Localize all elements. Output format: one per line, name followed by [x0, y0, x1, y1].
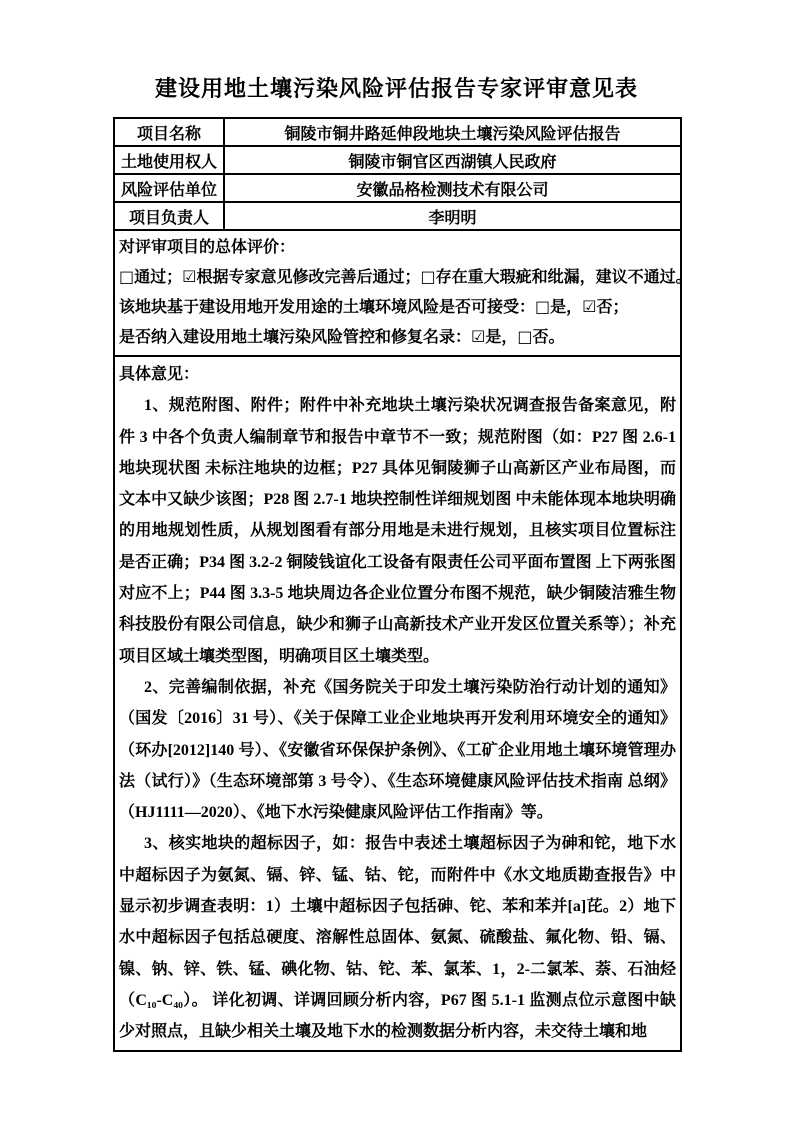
- checkbox-pass-after-revision-label: 根据专家意见修改完善后通过；: [196, 269, 420, 286]
- remediation-list-question: 是否纳入建设用地土壤污染风险管控和修复名录：: [119, 329, 471, 346]
- checkbox-not-pass: □: [421, 267, 436, 286]
- remediation-list-line: 是否纳入建设用地土壤污染风险管控和修复名录：☑是，□否。: [119, 322, 676, 352]
- checkbox-pass-label: 通过；: [134, 269, 182, 286]
- info-row-project-leader: 项目负责人 李明明: [114, 202, 681, 230]
- document-title: 建设用地土壤污染风险评估报告专家评审意见表: [0, 0, 793, 104]
- overall-evaluation-section: 对评审项目的总体评价： □通过；☑根据专家意见修改完善后通过；□存在重大瑕疵和纰…: [114, 230, 681, 356]
- specific-opinions-heading: 具体意见：: [119, 359, 676, 390]
- document-page: 建设用地土壤污染风险评估报告专家评审意见表 项目名称 铜陵市铜井路延伸段地块土壤…: [0, 0, 793, 1122]
- checkbox-list-no-label: 否。: [533, 329, 565, 346]
- overall-evaluation-heading: 对评审项目的总体评价：: [119, 233, 676, 262]
- project-name-label: 项目名称: [114, 118, 224, 146]
- checkbox-list-yes: ☑: [471, 327, 485, 346]
- checkbox-risk-yes-label: 是，: [550, 299, 582, 316]
- checkbox-not-pass-label: 存在重大瑕疵和纰漏，建议不通过。: [436, 269, 681, 286]
- checkbox-pass-after-revision: ☑: [182, 267, 196, 286]
- checkbox-risk-no-label: 否；: [597, 299, 629, 316]
- project-name-value: 铜陵市铜井路延伸段地块土壤污染风险评估报告: [224, 118, 681, 146]
- opinion-paragraph-2: 2、完善编制依据，补充《国务院关于印发土壤污染防治行动计划的通知》（国发〔201…: [119, 672, 676, 828]
- specific-opinions-section: 具体意见： 1、规范附图、附件；附件中补充地块土壤污染状况调查报告备案意见，附件…: [114, 356, 681, 1051]
- info-row-assessment-agency: 风险评估单位 安徽品格检测技术有限公司: [114, 174, 681, 202]
- land-user-label: 土地使用权人: [114, 146, 224, 174]
- opinion-paragraph-1: 1、规范附图、附件；附件中补充地块土壤污染状况调查报告备案意见，附件 3 中各个…: [119, 390, 676, 672]
- assessment-agency-value: 安徽品格检测技术有限公司: [224, 174, 681, 202]
- land-user-value: 铜陵市铜官区西湖镇人民政府: [224, 146, 681, 174]
- checkbox-list-yes-label: 是，: [485, 329, 517, 346]
- risk-acceptable-line: 该地块基于建设用地开发用途的土壤环境风险是否可接受：□是，☑否；: [119, 292, 676, 322]
- checkbox-list-no: □: [517, 327, 532, 346]
- checkbox-pass: □: [119, 267, 134, 286]
- risk-acceptable-question: 该地块基于建设用地开发用途的土壤环境风险是否可接受：: [119, 299, 535, 316]
- review-form-table: 项目名称 铜陵市铜井路延伸段地块土壤污染风险评估报告 土地使用权人 铜陵市铜官区…: [113, 117, 682, 1052]
- checkbox-risk-no: ☑: [582, 297, 596, 316]
- evaluation-options-line: □通过；☑根据专家意见修改完善后通过；□存在重大瑕疵和纰漏，建议不通过。: [119, 262, 676, 292]
- assessment-agency-label: 风险评估单位: [114, 174, 224, 202]
- opinion-paragraph-3: 3、核实地块的超标因子，如：报告中表述土壤超标因子为砷和铊，地下水中超标因子为氨…: [119, 828, 676, 1047]
- info-row-land-user: 土地使用权人 铜陵市铜官区西湖镇人民政府: [114, 146, 681, 174]
- project-leader-value: 李明明: [224, 202, 681, 230]
- info-row-project-name: 项目名称 铜陵市铜井路延伸段地块土壤污染风险评估报告: [114, 118, 681, 146]
- project-leader-label: 项目负责人: [114, 202, 224, 230]
- specific-opinions-row: 具体意见： 1、规范附图、附件；附件中补充地块土壤污染状况调查报告备案意见，附件…: [114, 356, 681, 1051]
- checkbox-risk-yes: □: [535, 297, 550, 316]
- overall-evaluation-row: 对评审项目的总体评价： □通过；☑根据专家意见修改完善后通过；□存在重大瑕疵和纰…: [114, 230, 681, 356]
